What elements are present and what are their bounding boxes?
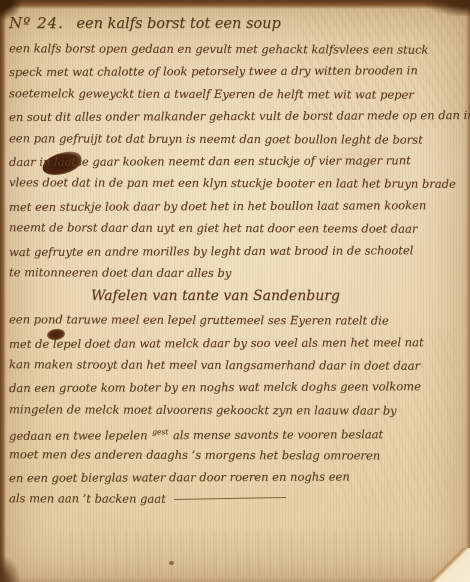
manuscript-page: Nº 24. een kalfs borst tot een soup een … xyxy=(0,0,470,582)
ink-showthrough-bottom xyxy=(60,530,420,576)
recipe2-line: moet men des anderen daaghs ’s morgens h… xyxy=(9,443,464,467)
recipe-title-line: Nº 24. een kalfs borst tot een soup xyxy=(9,8,464,38)
recipe1-line: soetemelck geweyckt tien a twaelf Eyeren… xyxy=(9,82,464,106)
recipe1-line: een pan gefruijt tot dat bruyn is neemt … xyxy=(9,127,464,151)
insert-line-post: als mense savonts te vooren beslaat xyxy=(173,427,383,442)
pen-flourish-line xyxy=(174,497,286,500)
recipe1-line: neemt de borst daar dan uyt en giet het … xyxy=(9,216,464,240)
recipe1-line: met een stuckje look daar by doet het in… xyxy=(9,194,464,218)
recipe-title: een kalfs borst tot een soup xyxy=(76,16,280,32)
recipe1-line: wat gefruyte en andre morilles by leght … xyxy=(9,239,464,263)
page-corner-bottom-left xyxy=(0,556,20,582)
recipe2-heading: Wafelen van tante van Sandenburg xyxy=(9,284,464,309)
recipe2-line: dan een groote kom boter by en noghs wat… xyxy=(9,375,464,399)
recipe1-line: speck met wat chalotte of look petorsely… xyxy=(9,59,464,83)
recipe2-line: een pond taruwe meel een lepel gruttemee… xyxy=(9,309,464,333)
recipe2-line: en een goet bierglas water daar door roe… xyxy=(9,465,464,489)
recipe1-line: te mitonneeren doet dan daar alles by xyxy=(9,261,464,285)
manuscript-text: Nº 24. een kalfs borst tot een soup een … xyxy=(9,8,464,511)
recipe2-line: mingelen de melck moet alvoorens gekoock… xyxy=(9,398,464,422)
superscript-insertion: gest xyxy=(152,428,168,437)
recipe1-line: vlees doet dat in de pan met een klyn st… xyxy=(9,172,464,196)
recipe1-line: en sout dit alles onder malkander gehack… xyxy=(9,104,464,128)
ink-speck xyxy=(169,561,174,565)
recipe2-line: met de lepel doet dan wat melck daar by … xyxy=(9,331,464,355)
recipe2-line-with-insertion: gedaan en twee lepelen gest als mense sa… xyxy=(9,420,464,444)
page-edge-right xyxy=(466,0,470,582)
insert-line-pre: gedaan en twee lepelen xyxy=(9,428,148,443)
page-edge-left xyxy=(0,0,6,582)
closing-text: als men aan ’t backen gaat xyxy=(9,492,166,507)
recipe-number: Nº 24. xyxy=(9,14,64,32)
torn-corner-bottom-right xyxy=(430,548,470,582)
recipe1-line: een kalfs borst open gedaan en gevult me… xyxy=(9,37,464,61)
recipe2-line: kan maken strooyt dan het meel van langs… xyxy=(9,353,464,377)
recipe1-line: daar in laatse gaar kooken neemt dan een… xyxy=(9,149,464,173)
recipe2-closing-line: als men aan ’t backen gaat xyxy=(9,488,464,512)
